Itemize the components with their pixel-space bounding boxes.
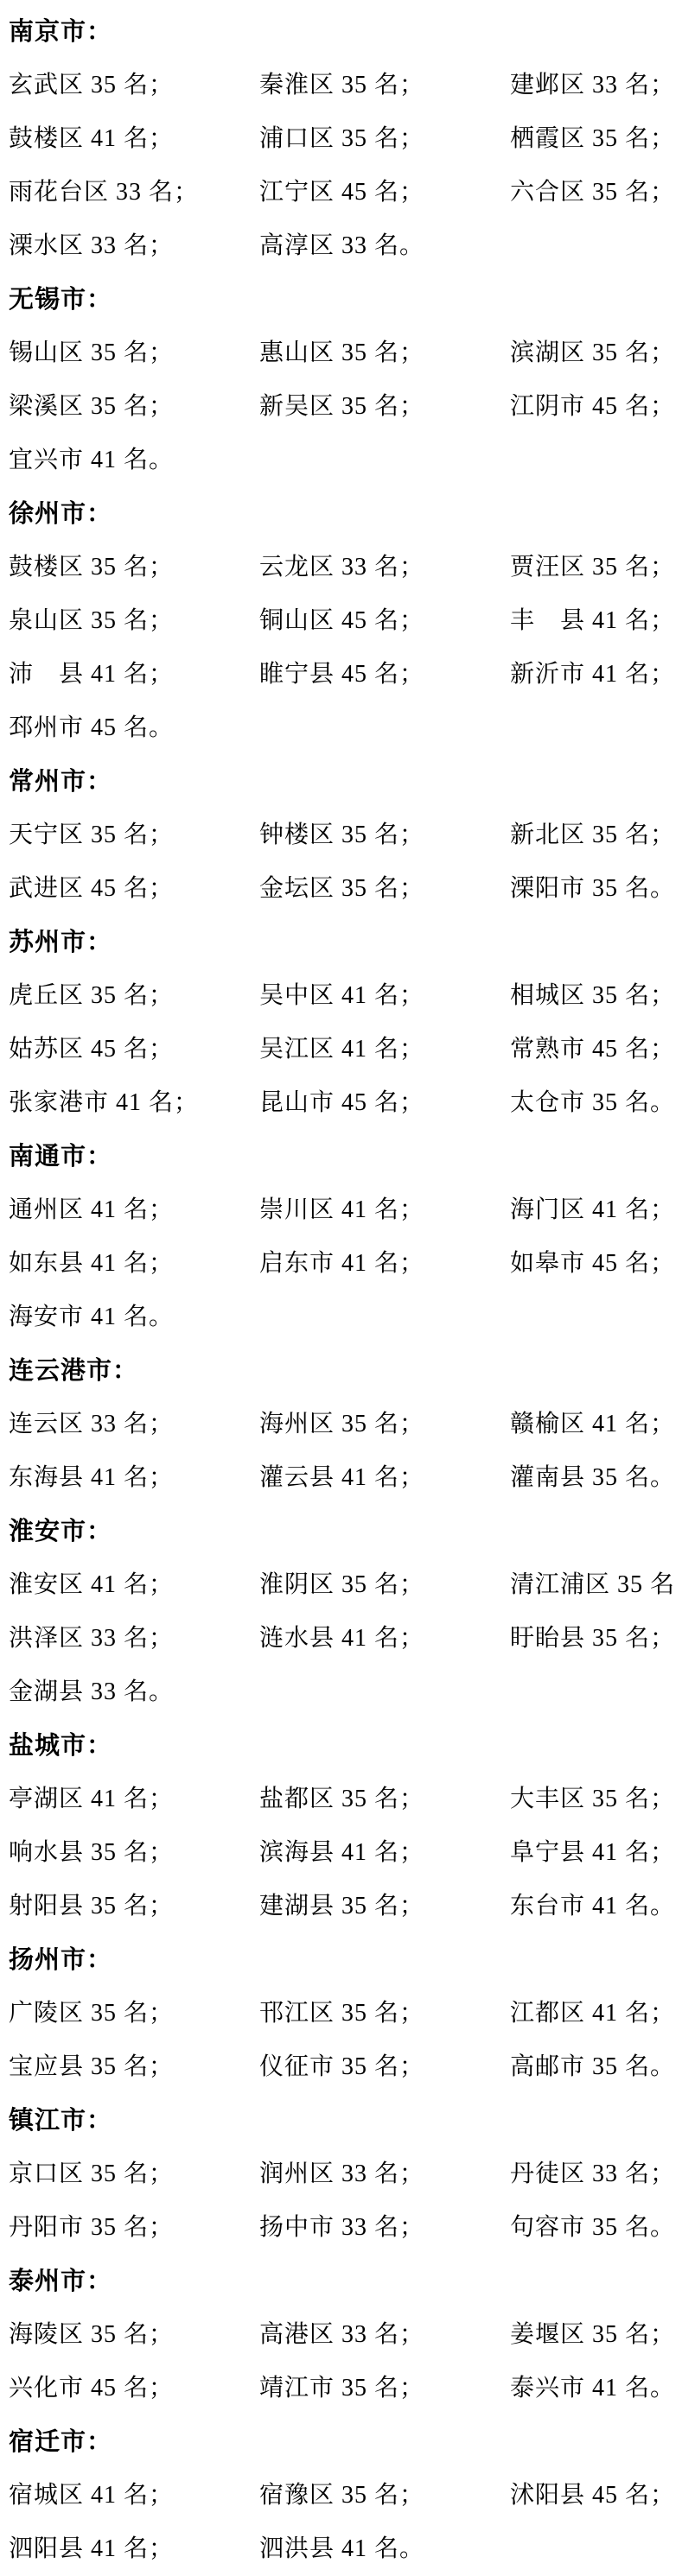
district-quota-text: 浦口区 35 名； bbox=[259, 112, 510, 166]
district-row: 兴化市 45 名；靖江市 35 名；泰兴市 41 名。 bbox=[9, 2362, 695, 2415]
district-quota-text: 赣榆区 41 名； bbox=[510, 1398, 695, 1451]
district-quota-text: 滨海县 41 名； bbox=[259, 1826, 510, 1880]
district-quota-text: 武进区 45 名； bbox=[9, 862, 259, 916]
district-row: 淮安区 41 名；淮阴区 35 名；清江浦区 35 名 bbox=[9, 1558, 695, 1612]
city-header: 镇江市： bbox=[9, 2094, 695, 2148]
district-quota-text: 相城区 35 名； bbox=[510, 969, 695, 1023]
district-quota-text: 铜山区 45 名； bbox=[259, 594, 510, 648]
district-row: 泗阳县 41 名；泗洪县 41 名。 bbox=[9, 2522, 695, 2576]
city-header: 盐城市： bbox=[9, 1719, 695, 1773]
district-quota-text: 张家港市 41 名； bbox=[9, 1076, 259, 1130]
city-section: 镇江市：京口区 35 名；润州区 33 名；丹徒区 33 名；丹阳市 35 名；… bbox=[9, 2094, 695, 2255]
district-quota-text: 栖霞区 35 名； bbox=[510, 112, 695, 166]
district-quota-text: 江阴市 45 名； bbox=[510, 380, 695, 434]
district-quota-text: 盐都区 35 名； bbox=[259, 1773, 510, 1826]
district-quota-text: 邗江区 35 名； bbox=[259, 1987, 510, 2040]
district-quota-text: 如东县 41 名； bbox=[9, 1237, 259, 1291]
district-quota-text: 灌云县 41 名； bbox=[259, 1451, 510, 1505]
district-quota-text: 梁溪区 35 名； bbox=[9, 380, 259, 434]
district-quota-text: 宿豫区 35 名； bbox=[259, 2469, 510, 2522]
district-quota-text: 金湖县 33 名。 bbox=[9, 1666, 259, 1719]
district-quota-text: 泉山区 35 名； bbox=[9, 594, 259, 648]
district-row: 张家港市 41 名；昆山市 45 名；太仓市 35 名。 bbox=[9, 1076, 695, 1130]
district-quota-text: 高港区 33 名； bbox=[259, 2308, 510, 2362]
district-quota-text: 建湖县 35 名； bbox=[259, 1880, 510, 1933]
district-quota-text: 响水县 35 名； bbox=[9, 1826, 259, 1880]
city-section: 淮安市：淮安区 41 名；淮阴区 35 名；清江浦区 35 名洪泽区 33 名；… bbox=[9, 1505, 695, 1719]
city-section: 徐州市：鼓楼区 35 名；云龙区 33 名；贾汪区 35 名；泉山区 35 名；… bbox=[9, 487, 695, 755]
district-quota-text: 淮安区 41 名； bbox=[9, 1558, 259, 1612]
district-quota-text: 姜堰区 35 名； bbox=[510, 2308, 695, 2362]
district-quota-text: 吴江区 41 名； bbox=[259, 1023, 510, 1076]
district-quota-text: 靖江市 35 名； bbox=[259, 2362, 510, 2415]
city-header: 徐州市： bbox=[9, 487, 695, 541]
district-row: 锡山区 35 名；惠山区 35 名；滨湖区 35 名； bbox=[9, 327, 695, 380]
district-quota-text: 丰 县 41 名； bbox=[510, 594, 695, 648]
district-row: 梁溪区 35 名；新吴区 35 名；江阴市 45 名； bbox=[9, 380, 695, 434]
district-quota-text: 钟楼区 35 名； bbox=[259, 809, 510, 862]
district-quota-text: 沭阳县 45 名； bbox=[510, 2469, 695, 2522]
district-quota-text: 锡山区 35 名； bbox=[9, 327, 259, 380]
district-quota-text: 江宁区 45 名； bbox=[259, 166, 510, 219]
city-section: 宿迁市：宿城区 41 名；宿豫区 35 名；沭阳县 45 名；泗阳县 41 名；… bbox=[9, 2415, 695, 2576]
district-quota-text: 泰兴市 41 名。 bbox=[510, 2362, 695, 2415]
district-quota-text: 鼓楼区 41 名； bbox=[9, 112, 259, 166]
district-quota-text: 宜兴市 41 名。 bbox=[9, 434, 259, 487]
district-quota-text: 射阳县 35 名； bbox=[9, 1880, 259, 1933]
city-section: 盐城市：亭湖区 41 名；盐都区 35 名；大丰区 35 名；响水县 35 名；… bbox=[9, 1719, 695, 1933]
document-page: 南京市：玄武区 35 名；秦淮区 35 名；建邺区 33 名；鼓楼区 41 名；… bbox=[0, 0, 695, 2576]
district-quota-text: 金坛区 35 名； bbox=[259, 862, 510, 916]
district-row: 亭湖区 41 名；盐都区 35 名；大丰区 35 名； bbox=[9, 1773, 695, 1826]
district-quota-text: 虎丘区 35 名； bbox=[9, 969, 259, 1023]
district-quota-text: 沛 县 41 名； bbox=[9, 648, 259, 701]
city-section: 无锡市：锡山区 35 名；惠山区 35 名；滨湖区 35 名；梁溪区 35 名；… bbox=[9, 273, 695, 487]
district-quota-text: 吴中区 41 名； bbox=[259, 969, 510, 1023]
district-quota-text: 惠山区 35 名； bbox=[259, 327, 510, 380]
city-section: 南京市：玄武区 35 名；秦淮区 35 名；建邺区 33 名；鼓楼区 41 名；… bbox=[9, 5, 695, 273]
district-row: 溧水区 33 名；高淳区 33 名。 bbox=[9, 219, 695, 273]
district-quota-text: 仪征市 35 名； bbox=[259, 2040, 510, 2094]
district-quota-text: 涟水县 41 名； bbox=[259, 1612, 510, 1666]
district-quota-text: 溧水区 33 名； bbox=[9, 219, 259, 273]
district-row: 宿城区 41 名；宿豫区 35 名；沭阳县 45 名； bbox=[9, 2469, 695, 2522]
district-row: 东海县 41 名；灌云县 41 名；灌南县 35 名。 bbox=[9, 1451, 695, 1505]
district-quota-text: 扬中市 33 名； bbox=[259, 2201, 510, 2255]
district-quota-text: 江都区 41 名； bbox=[510, 1987, 695, 2040]
city-header: 南通市： bbox=[9, 1130, 695, 1183]
district-row: 射阳县 35 名；建湖县 35 名；东台市 41 名。 bbox=[9, 1880, 695, 1933]
district-row: 玄武区 35 名；秦淮区 35 名；建邺区 33 名； bbox=[9, 59, 695, 112]
district-quota-text: 鼓楼区 35 名； bbox=[9, 541, 259, 594]
district-quota-text: 丹阳市 35 名； bbox=[9, 2201, 259, 2255]
district-quota-text: 睢宁县 45 名； bbox=[259, 648, 510, 701]
district-row: 通州区 41 名；崇川区 41 名；海门区 41 名； bbox=[9, 1183, 695, 1237]
district-quota-text: 雨花台区 33 名； bbox=[9, 166, 259, 219]
district-row: 泉山区 35 名；铜山区 45 名；丰 县 41 名； bbox=[9, 594, 695, 648]
district-quota-text: 高淳区 33 名。 bbox=[259, 219, 510, 273]
city-header: 泰州市： bbox=[9, 2255, 695, 2308]
district-quota-text: 邳州市 45 名。 bbox=[9, 701, 259, 755]
district-quota-text: 六合区 35 名； bbox=[510, 166, 695, 219]
district-quota-text: 海州区 35 名； bbox=[259, 1398, 510, 1451]
district-quota-text: 淮阴区 35 名； bbox=[259, 1558, 510, 1612]
district-quota-text: 京口区 35 名； bbox=[9, 2148, 259, 2201]
district-quota-text: 贾汪区 35 名； bbox=[510, 541, 695, 594]
district-row: 鼓楼区 35 名；云龙区 33 名；贾汪区 35 名； bbox=[9, 541, 695, 594]
district-quota-text: 海陵区 35 名； bbox=[9, 2308, 259, 2362]
district-quota-text: 大丰区 35 名； bbox=[510, 1773, 695, 1826]
city-header: 无锡市： bbox=[9, 273, 695, 327]
district-quota-text: 太仓市 35 名。 bbox=[510, 1076, 695, 1130]
district-quota-text: 如皋市 45 名； bbox=[510, 1237, 695, 1291]
city-section: 常州市：天宁区 35 名；钟楼区 35 名；新北区 35 名；武进区 45 名；… bbox=[9, 755, 695, 916]
district-quota-text: 句容市 35 名。 bbox=[510, 2201, 695, 2255]
city-section: 苏州市：虎丘区 35 名；吴中区 41 名；相城区 35 名；姑苏区 45 名；… bbox=[9, 916, 695, 1130]
city-section: 连云港市：连云区 33 名；海州区 35 名；赣榆区 41 名；东海县 41 名… bbox=[9, 1344, 695, 1505]
district-quota-text: 洪泽区 33 名； bbox=[9, 1612, 259, 1666]
district-row: 连云区 33 名；海州区 35 名；赣榆区 41 名； bbox=[9, 1398, 695, 1451]
district-row: 如东县 41 名；启东市 41 名；如皋市 45 名； bbox=[9, 1237, 695, 1291]
district-quota-text: 亭湖区 41 名； bbox=[9, 1773, 259, 1826]
district-row: 鼓楼区 41 名；浦口区 35 名；栖霞区 35 名； bbox=[9, 112, 695, 166]
district-quota-text: 高邮市 35 名。 bbox=[510, 2040, 695, 2094]
district-quota-text: 新北区 35 名； bbox=[510, 809, 695, 862]
district-quota-text: 通州区 41 名； bbox=[9, 1183, 259, 1237]
city-header: 扬州市： bbox=[9, 1933, 695, 1987]
district-row: 海陵区 35 名；高港区 33 名；姜堰区 35 名； bbox=[9, 2308, 695, 2362]
district-quota-text: 泗洪县 41 名。 bbox=[259, 2522, 510, 2576]
city-section: 南通市：通州区 41 名；崇川区 41 名；海门区 41 名；如东县 41 名；… bbox=[9, 1130, 695, 1344]
district-row: 金湖县 33 名。 bbox=[9, 1666, 695, 1719]
district-quota-text: 兴化市 45 名； bbox=[9, 2362, 259, 2415]
city-header: 宿迁市： bbox=[9, 2415, 695, 2469]
district-row: 天宁区 35 名；钟楼区 35 名；新北区 35 名； bbox=[9, 809, 695, 862]
district-row: 丹阳市 35 名；扬中市 33 名；句容市 35 名。 bbox=[9, 2201, 695, 2255]
district-quota-text: 天宁区 35 名； bbox=[9, 809, 259, 862]
district-quota-text: 姑苏区 45 名； bbox=[9, 1023, 259, 1076]
district-quota-text: 新吴区 35 名； bbox=[259, 380, 510, 434]
district-quota-text: 新沂市 41 名； bbox=[510, 648, 695, 701]
district-quota-text: 海安市 41 名。 bbox=[9, 1291, 259, 1344]
district-quota-text: 连云区 33 名； bbox=[9, 1398, 259, 1451]
district-quota-text: 建邺区 33 名； bbox=[510, 59, 695, 112]
district-row: 洪泽区 33 名；涟水县 41 名；盱眙县 35 名； bbox=[9, 1612, 695, 1666]
district-quota-text: 昆山市 45 名； bbox=[259, 1076, 510, 1130]
district-row: 响水县 35 名；滨海县 41 名；阜宁县 41 名； bbox=[9, 1826, 695, 1880]
district-quota-text: 启东市 41 名； bbox=[259, 1237, 510, 1291]
district-quota-text: 秦淮区 35 名； bbox=[259, 59, 510, 112]
district-row: 宝应县 35 名；仪征市 35 名；高邮市 35 名。 bbox=[9, 2040, 695, 2094]
city-header: 南京市： bbox=[9, 5, 695, 59]
district-row: 姑苏区 45 名；吴江区 41 名；常熟市 45 名； bbox=[9, 1023, 695, 1076]
district-row: 虎丘区 35 名；吴中区 41 名；相城区 35 名； bbox=[9, 969, 695, 1023]
district-quota-text: 崇川区 41 名； bbox=[259, 1183, 510, 1237]
district-row: 宜兴市 41 名。 bbox=[9, 434, 695, 487]
district-quota-text: 清江浦区 35 名 bbox=[510, 1558, 695, 1612]
district-quota-text: 灌南县 35 名。 bbox=[510, 1451, 695, 1505]
city-header: 连云港市： bbox=[9, 1344, 695, 1398]
city-section: 泰州市：海陵区 35 名；高港区 33 名；姜堰区 35 名；兴化市 45 名；… bbox=[9, 2255, 695, 2415]
district-quota-text: 玄武区 35 名； bbox=[9, 59, 259, 112]
district-row: 武进区 45 名；金坛区 35 名；溧阳市 35 名。 bbox=[9, 862, 695, 916]
district-quota-text: 海门区 41 名； bbox=[510, 1183, 695, 1237]
district-quota-text: 广陵区 35 名； bbox=[9, 1987, 259, 2040]
district-quota-text: 阜宁县 41 名； bbox=[510, 1826, 695, 1880]
district-quota-text: 云龙区 33 名； bbox=[259, 541, 510, 594]
district-quota-text: 润州区 33 名； bbox=[259, 2148, 510, 2201]
city-header: 常州市： bbox=[9, 755, 695, 809]
district-quota-text: 盱眙县 35 名； bbox=[510, 1612, 695, 1666]
district-quota-text: 东台市 41 名。 bbox=[510, 1880, 695, 1933]
district-row: 海安市 41 名。 bbox=[9, 1291, 695, 1344]
district-row: 邳州市 45 名。 bbox=[9, 701, 695, 755]
district-quota-text: 泗阳县 41 名； bbox=[9, 2522, 259, 2576]
district-quota-text: 常熟市 45 名； bbox=[510, 1023, 695, 1076]
district-row: 沛 县 41 名；睢宁县 45 名；新沂市 41 名； bbox=[9, 648, 695, 701]
city-section: 扬州市：广陵区 35 名；邗江区 35 名；江都区 41 名；宝应县 35 名；… bbox=[9, 1933, 695, 2094]
district-quota-text: 宝应县 35 名； bbox=[9, 2040, 259, 2094]
district-row: 雨花台区 33 名；江宁区 45 名；六合区 35 名； bbox=[9, 166, 695, 219]
city-header: 淮安市： bbox=[9, 1505, 695, 1558]
district-quota-text: 溧阳市 35 名。 bbox=[510, 862, 695, 916]
district-quota-text: 滨湖区 35 名； bbox=[510, 327, 695, 380]
district-row: 广陵区 35 名；邗江区 35 名；江都区 41 名； bbox=[9, 1987, 695, 2040]
district-quota-text: 东海县 41 名； bbox=[9, 1451, 259, 1505]
district-quota-text: 宿城区 41 名； bbox=[9, 2469, 259, 2522]
district-row: 京口区 35 名；润州区 33 名；丹徒区 33 名； bbox=[9, 2148, 695, 2201]
city-header: 苏州市： bbox=[9, 916, 695, 969]
district-quota-text: 丹徒区 33 名； bbox=[510, 2148, 695, 2201]
